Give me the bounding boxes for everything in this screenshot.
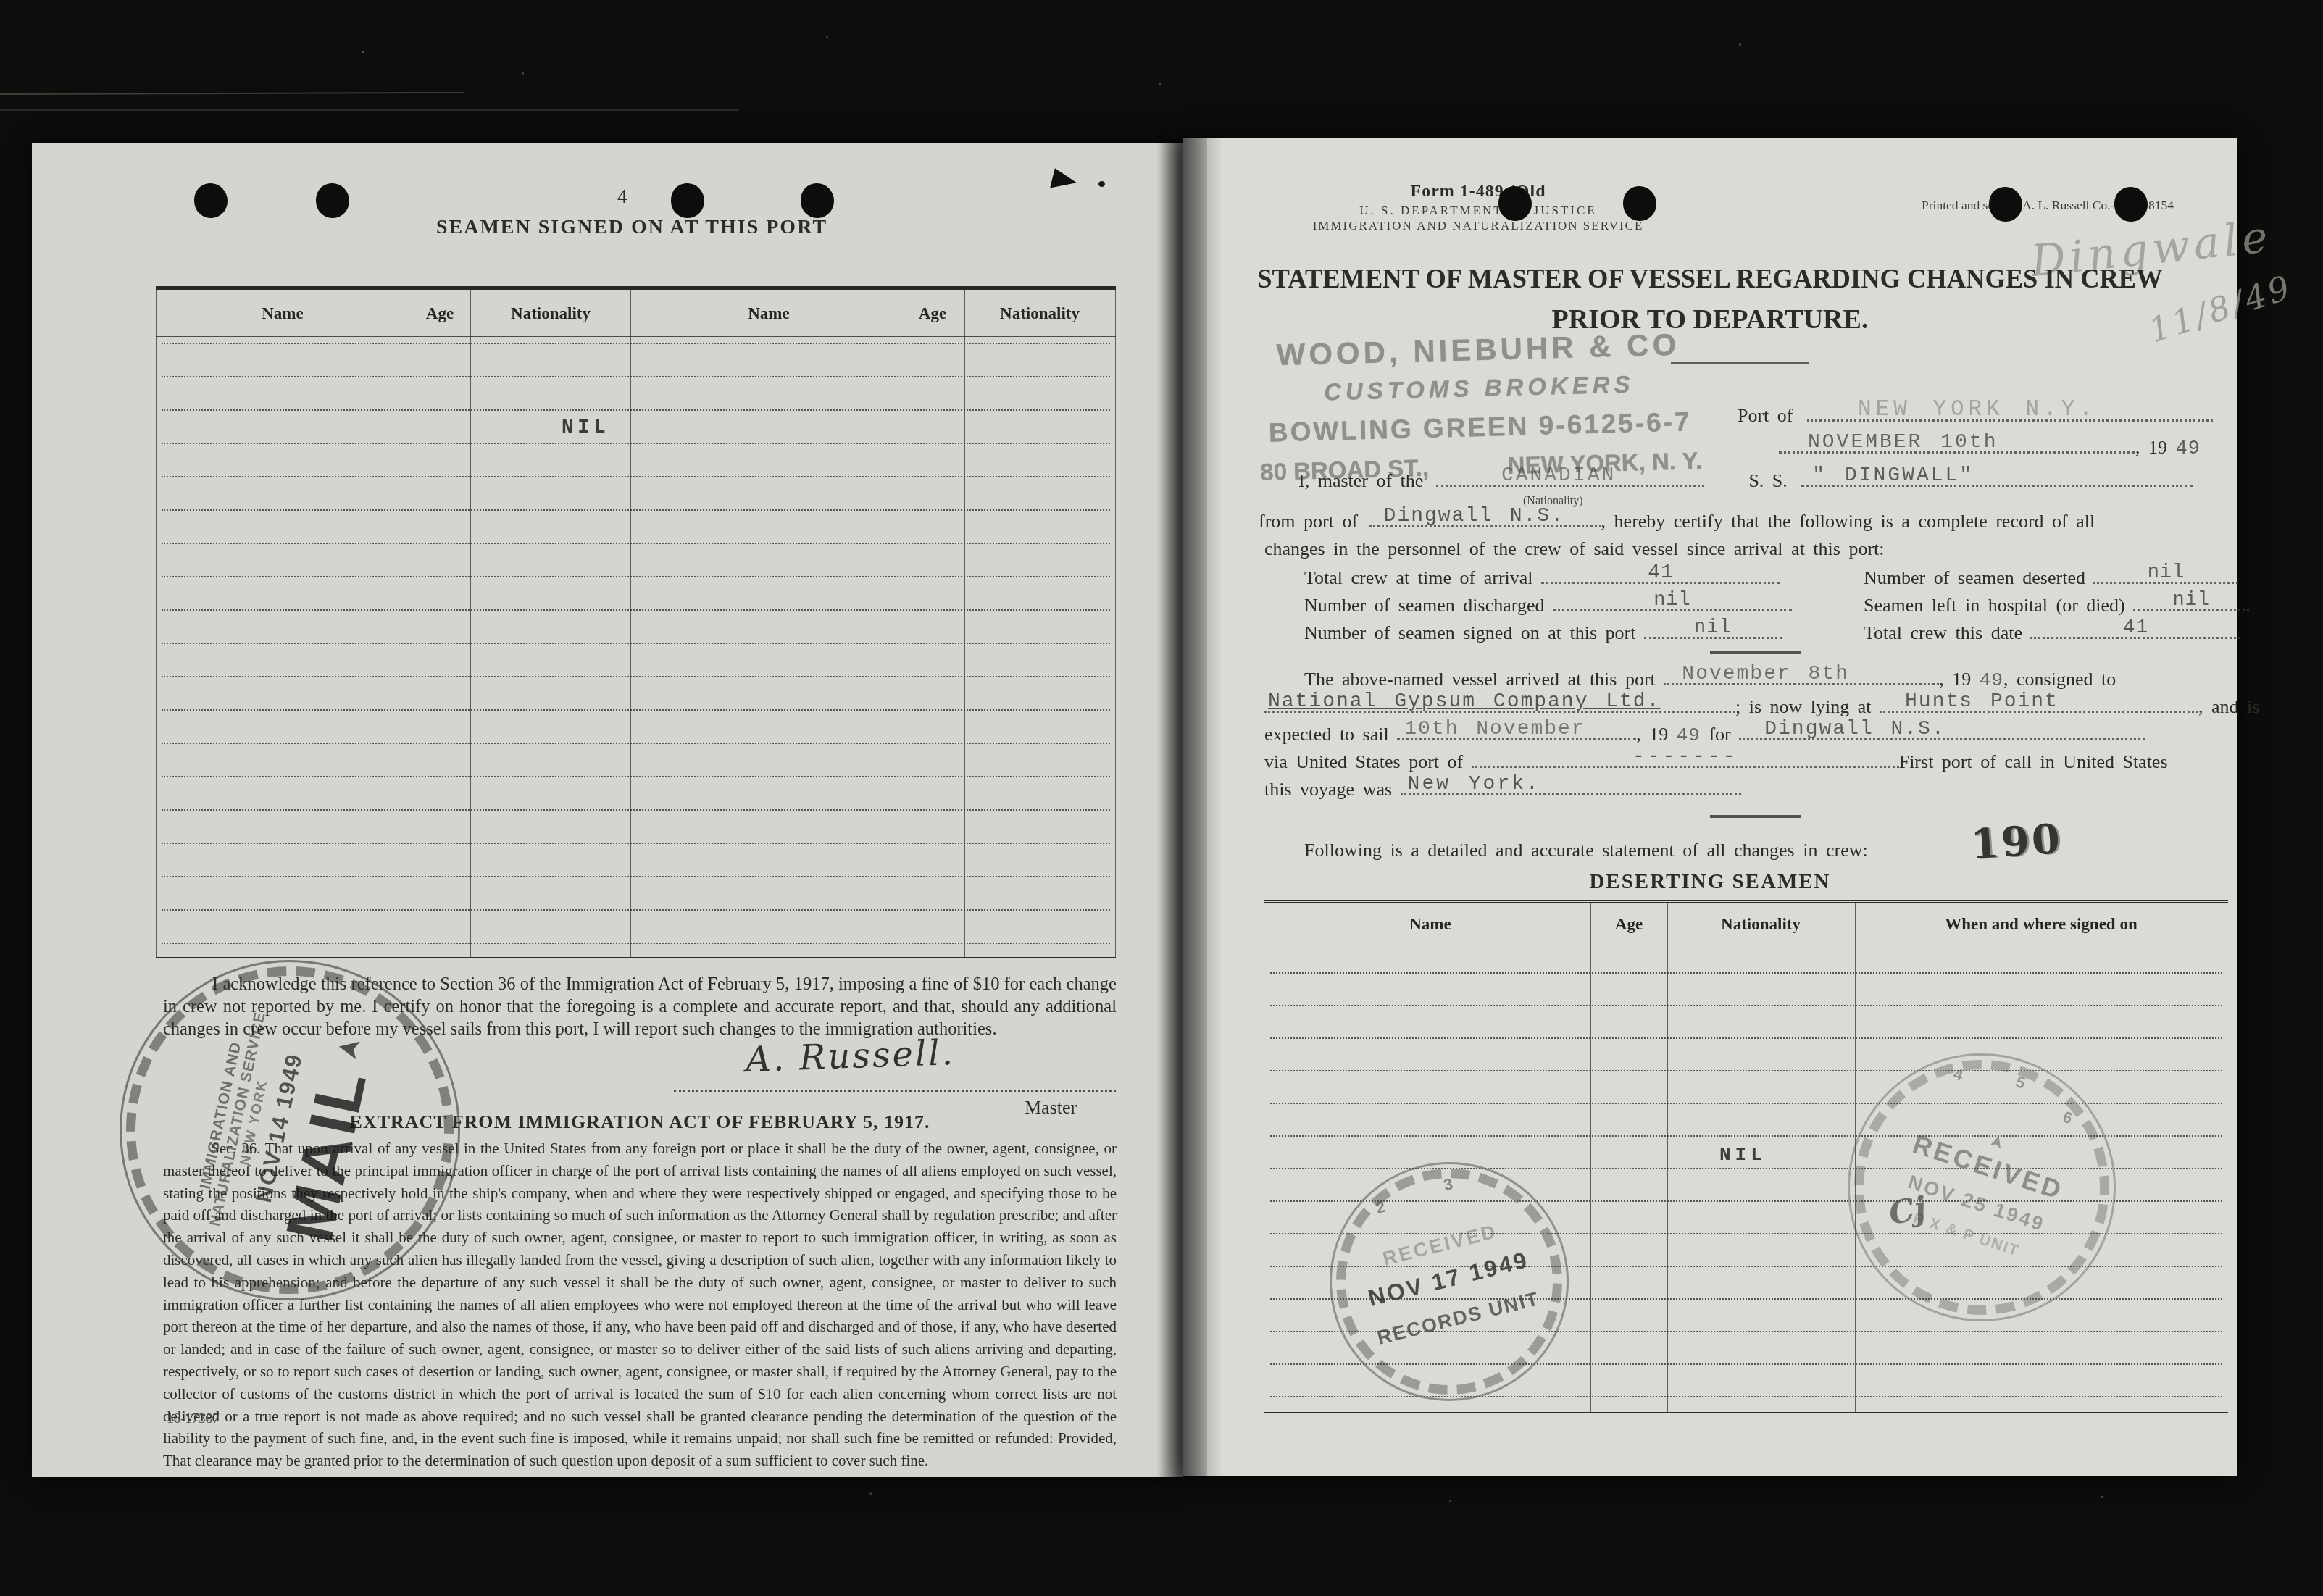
right-page: Form 1-489 (Old U. S. DEPARTMENT OF JUST… <box>1183 138 2237 1476</box>
film-artifact-dot <box>1098 181 1105 187</box>
table-empty-row <box>162 543 1110 544</box>
date-suffix: , 19 <box>2135 437 2167 458</box>
film-scratch <box>0 92 464 95</box>
table-empty-row <box>1270 1331 2222 1332</box>
record-line: changes in the personnel of the crew of … <box>1264 538 1885 560</box>
stat-value: nil <box>1644 619 1782 638</box>
table-empty-row <box>162 443 1110 444</box>
column-header-nationality: Nationality <box>1000 304 1080 323</box>
table-empty-row <box>162 876 1110 877</box>
port-field: Port of NEW YORK N.Y. <box>1738 405 2213 427</box>
arrival-line: The above-named vessel arrived at this p… <box>1264 669 2116 691</box>
from-port-value: Dingwall N.S. <box>1384 506 1564 527</box>
stat-label: Total crew at time of arrival <box>1304 567 1533 588</box>
scanned-document: { "left_page": { "page_number": "4", "ti… <box>0 0 2323 1596</box>
table-empty-row <box>162 843 1110 844</box>
table-column-line <box>409 290 409 957</box>
sail-year: 49 <box>1677 724 1701 746</box>
customs-broker-stamp: WOOD, NIEBUHR & CO CUSTOMS BROKERS BOWLI… <box>1249 327 1709 486</box>
column-header-signed-on: When and where signed on <box>1945 915 2137 934</box>
table-empty-row <box>1270 1266 2222 1267</box>
table-empty-row <box>162 943 1110 944</box>
lying-at-value: Hunts Point <box>1905 692 2059 712</box>
table-empty-row <box>162 743 1110 744</box>
port-value: NEW YORK N.Y. <box>1858 398 2097 421</box>
stat-label: Total crew this date <box>1864 622 2022 643</box>
column-header-age: Age <box>1615 915 1643 934</box>
punch-hole <box>1623 186 1656 221</box>
arrival-text: First port of call in United States <box>1899 751 2168 772</box>
master-line: I, master of the CANADIAN S. S. " DINGWA… <box>1298 470 2193 492</box>
page-number: 4 <box>617 185 627 208</box>
stat-value: nil <box>2133 591 2249 611</box>
table-empty-row <box>1270 1135 2222 1137</box>
arrival-text: , 19 <box>1636 724 1668 745</box>
table-column-line <box>1855 903 1856 1412</box>
table-empty-row <box>162 376 1110 377</box>
table-empty-row <box>162 476 1110 477</box>
table-divider-line <box>638 290 638 957</box>
arrival-text: , and is <box>2198 696 2259 717</box>
column-header-nationality: Nationality <box>511 304 591 323</box>
stat-value: 41 <box>1541 563 1780 583</box>
arrival-text: expected to sail <box>1264 724 1389 745</box>
table-empty-row <box>162 709 1110 711</box>
stat-row: Number of seamen discharged nil <box>1304 595 1792 617</box>
extract-body: Sec. 36. That upon arrival of any vessel… <box>163 1137 1117 1472</box>
table-column-line <box>470 290 471 957</box>
table-empty-row <box>1270 1396 2222 1397</box>
table-empty-row <box>162 609 1110 611</box>
section-rule <box>1710 815 1801 818</box>
arrival-line: this voyage was New York. <box>1264 779 1741 801</box>
film-speck <box>362 51 364 53</box>
column-header-nationality: Nationality <box>1721 915 1801 934</box>
seamen-signed-on-table: Name Age Nationality Name Age Nationalit… <box>156 286 1116 958</box>
form-title-line1: STATEMENT OF MASTER OF VESSEL REGARDING … <box>1257 263 2162 295</box>
column-header-name: Name <box>262 304 303 323</box>
table-empty-row <box>162 343 1110 344</box>
stat-value: nil <box>1553 591 1792 611</box>
film-artifact-triangle <box>1050 168 1079 193</box>
from-port-prefix: from port of <box>1259 511 1358 532</box>
via-port-value: ------- <box>1472 747 1899 767</box>
arrival-text: ; is now lying at <box>1735 696 1872 717</box>
ss-label: S. S. <box>1748 470 1787 491</box>
table-empty-row <box>1270 1168 2222 1169</box>
stat-row: Number of seamen deserted nil <box>1864 567 2238 589</box>
table-empty-row <box>1270 1233 2222 1234</box>
punch-hole <box>2114 187 2148 222</box>
table-empty-row <box>162 776 1110 777</box>
table-empty-row <box>1270 1200 2222 1202</box>
port-label: Port of <box>1738 405 1793 426</box>
nil-entry: NIL <box>562 417 610 439</box>
deserting-seamen-heading: DESERTING SEAMEN <box>1183 870 2237 894</box>
table-empty-row <box>162 409 1110 411</box>
arrival-text: for <box>1709 724 1730 745</box>
arrival-text: , 19 <box>1939 669 1971 690</box>
film-scratch <box>0 109 739 111</box>
stat-value: nil <box>2093 564 2238 583</box>
arrival-line: via United States port of -------First p… <box>1264 751 2168 773</box>
service-name: IMMIGRATION AND NATURALIZATION SERVICE <box>1313 219 1644 233</box>
punch-hole <box>1989 187 2022 222</box>
table-empty-row <box>162 676 1110 677</box>
table-border <box>1115 290 1116 957</box>
left-page: 4 SEAMEN SIGNED ON AT THIS PORT Name Age… <box>32 143 1183 1477</box>
date-year: 49 <box>2176 438 2201 460</box>
handwritten-check-mark: Cj <box>1886 1190 1929 1232</box>
table-empty-row <box>1270 1363 2222 1365</box>
stat-row: Number of seamen signed on at this port … <box>1304 622 1782 644</box>
column-header-name: Name <box>1409 915 1451 934</box>
arrival-date-value: November 8th <box>1682 664 1849 685</box>
table-column-line <box>901 290 901 957</box>
broker-stamp-line: BOWLING GREEN 9-6125-6-7 <box>1251 406 1709 448</box>
punch-hole <box>801 183 834 218</box>
arrival-text: this voyage was <box>1264 779 1392 800</box>
master-prefix: I, master of the <box>1298 470 1423 491</box>
column-header-name: Name <box>748 304 789 323</box>
handwritten-date-note: 11/8/49 <box>2144 267 2298 351</box>
table-empty-row <box>1270 972 2222 974</box>
arrival-line: expected to sail 10th November, 19 49 fo… <box>1264 724 2145 746</box>
punch-hole <box>1498 186 1532 221</box>
table-empty-row <box>162 509 1110 511</box>
table-header-underline <box>156 336 1116 337</box>
form-code: 16-17387 <box>167 1411 220 1427</box>
column-header-age: Age <box>426 304 454 323</box>
stat-row: Seamen left in hospital (or died) nil <box>1864 595 2249 617</box>
date-field: NOVEMBER 10th , 19 49 <box>1779 437 2201 460</box>
arrival-text: via United States port of <box>1264 751 1463 772</box>
stat-label: Number of seamen deserted <box>1864 567 2085 588</box>
acknowledgment-paragraph: I acknowledge this reference to Section … <box>163 973 1117 1040</box>
table-column-line <box>1590 903 1591 1412</box>
from-port-suffix: , hereby certify that the following is a… <box>1601 511 2095 532</box>
table-divider-line <box>630 290 631 957</box>
master-signature: A. Russell. <box>745 1032 956 1080</box>
nil-entry: NIL <box>1719 1144 1767 1166</box>
table-empty-row <box>1270 1298 2222 1300</box>
column-header-age: Age <box>919 304 946 323</box>
table-empty-row <box>1270 1070 2222 1071</box>
table-column-line <box>1667 903 1668 1412</box>
broker-stamp-line: CUSTOMS BROKERS <box>1251 369 1708 408</box>
stat-row: Total crew at time of arrival 41 <box>1304 567 1780 589</box>
table-empty-row <box>162 576 1110 577</box>
consignee-value: National Gypsum Company Ltd. <box>1268 692 1660 712</box>
from-port-line: from port of Dingwall N.S. , hereby cert… <box>1259 511 2095 532</box>
left-page-title: SEAMEN SIGNED ON AT THIS PORT <box>81 216 1183 239</box>
stat-label: Number of seamen discharged <box>1304 595 1544 616</box>
table-column-line <box>964 290 965 957</box>
punch-hole <box>316 183 349 218</box>
stat-label: Seamen left in hospital (or died) <box>1864 595 2125 616</box>
deserting-seamen-table: Name Age Nationality When and where sign… <box>1264 900 2228 1413</box>
arrival-text: The above-named vessel arrived at this p… <box>1304 669 1656 690</box>
table-empty-row <box>162 909 1110 911</box>
department-name: U. S. DEPARTMENT OF JUSTICE <box>1359 204 1596 218</box>
nationality-value: CANADIAN <box>1501 466 1616 486</box>
table-border <box>156 290 157 957</box>
following-line: Following is a detailed and accurate sta… <box>1304 840 1868 861</box>
broker-stamp-line: WOOD, NIEBUHR & CO <box>1249 327 1706 373</box>
punch-hole <box>194 183 228 218</box>
extract-heading: EXTRACT FROM IMMIGRATION ACT OF FEBRUARY… <box>163 1111 1117 1133</box>
vessel-name-value: " DINGWALL" <box>1812 466 1974 486</box>
date-value: NOVEMBER 10th <box>1808 433 1998 453</box>
table-empty-row <box>1270 1103 2222 1104</box>
table-header-underline <box>1264 945 2228 945</box>
arrival-line: National Gypsum Company Ltd.; is now lyi… <box>1264 696 2259 718</box>
arrival-text: , consigned to <box>2003 669 2116 690</box>
punch-hole <box>671 183 704 218</box>
handwritten-number: 190 <box>1969 815 2064 869</box>
arrival-year: 49 <box>1980 669 2003 691</box>
table-empty-row <box>162 643 1110 644</box>
first-port-value: New York. <box>1408 774 1540 795</box>
table-empty-row <box>1270 1037 2222 1039</box>
table-empty-row <box>1270 1005 2222 1006</box>
sail-date-value: 10th November <box>1404 719 1585 740</box>
table-empty-row <box>162 809 1110 811</box>
section-rule <box>1710 651 1801 654</box>
stat-row: Total crew this date 41 <box>1864 622 2240 644</box>
signature-line <box>674 1090 1116 1092</box>
stat-value: 41 <box>2030 618 2240 638</box>
sail-destination-value: Dingwall N.S. <box>1764 719 1945 740</box>
stat-label: Number of seamen signed on at this port <box>1304 622 1635 643</box>
